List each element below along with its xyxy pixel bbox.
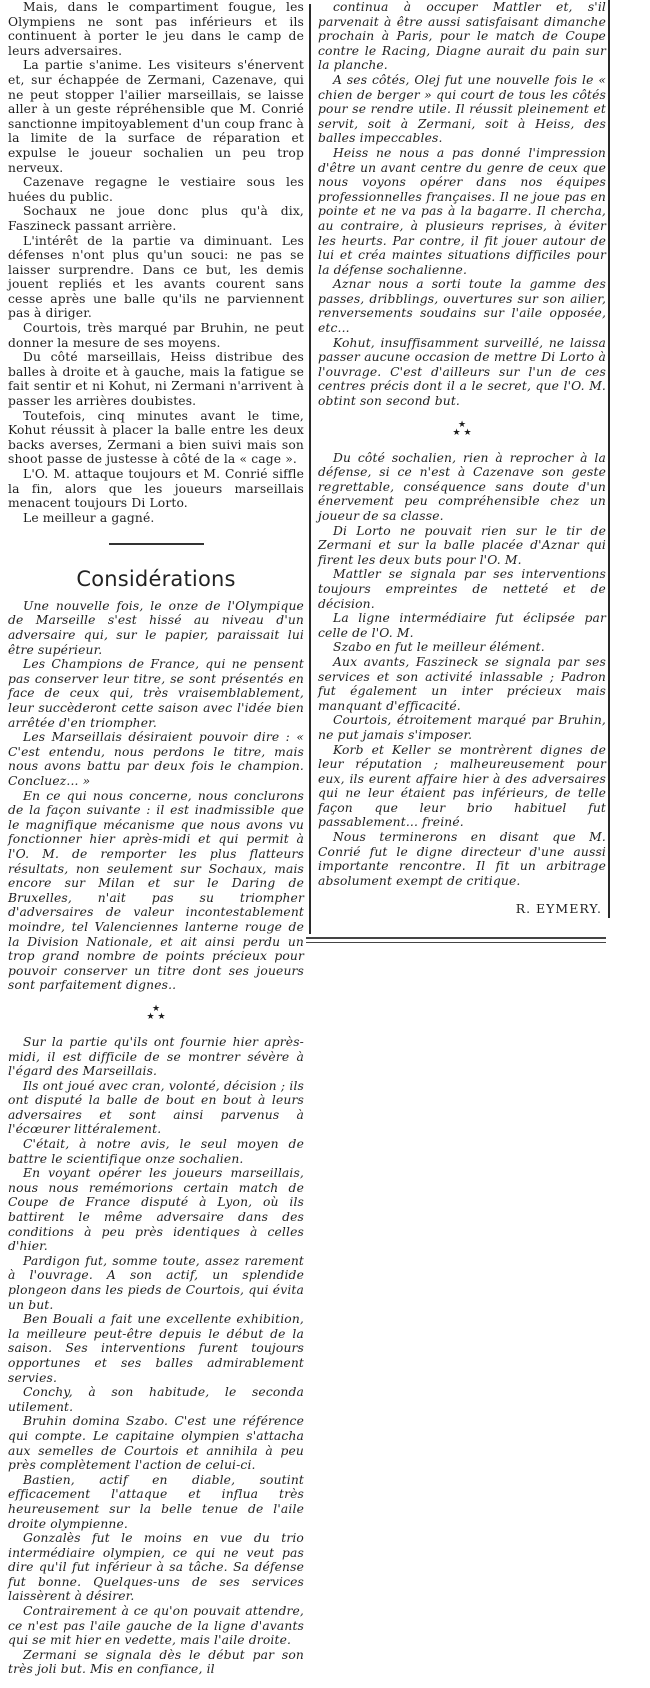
left-column: Mais, dans le compartiment fougue, les O… — [8, 0, 304, 1677]
paragraph: Mattler se signala par ses interventions… — [318, 567, 606, 611]
considerations-part2: Sur la partie qu'ils ont fournie hier ap… — [8, 1035, 304, 1677]
paragraph: Aznar nous a sorti toute la gamme des pa… — [318, 277, 606, 335]
paragraph: La partie s'anime. Les visiteurs s'énerv… — [8, 58, 304, 175]
paragraph: Toutefois, cinq minutes avant le time, K… — [8, 409, 304, 467]
paragraph: En ce qui nous concerne, nous conclurons… — [8, 789, 304, 993]
paragraph: Korb et Keller se montrèrent dignes de l… — [318, 743, 606, 831]
end-of-article-rule — [306, 937, 606, 943]
column-divider — [309, 4, 311, 934]
paragraph: Le meilleur a gagné. — [8, 511, 304, 526]
paragraph: Ben Bouali a fait une excellente exhibit… — [8, 1312, 304, 1385]
players-review-part2: Du côté sochalien, rien à reprocher à la… — [318, 451, 606, 889]
paragraph: Conchy, à son habitude, le seconda utile… — [8, 1385, 304, 1414]
author-signature: R. EYMERY. — [318, 902, 602, 917]
star-icon-pair: ★ ★ — [318, 429, 606, 437]
paragraph: Mais, dans le compartiment fougue, les O… — [8, 0, 304, 58]
paragraph: Di Lorto ne pouvait rien sur le tir de Z… — [318, 524, 606, 568]
match-report: Mais, dans le compartiment fougue, les O… — [8, 0, 304, 525]
paragraph: Les Marseillais désiraient pouvoir dire … — [8, 730, 304, 788]
paragraph: Nous terminerons en disant que M. Conrié… — [318, 830, 606, 888]
paragraph: Heiss ne nous a pas donné l'impression d… — [318, 146, 606, 277]
paragraph: Gonzalès fut le moins en vue du trio int… — [8, 1531, 304, 1604]
star-icon-pair: ★ ★ — [8, 1013, 304, 1021]
right-column: continua à occuper Mattler et, s'il parv… — [318, 0, 606, 946]
column-divider-right — [608, 0, 610, 918]
paragraph: Du côté sochalien, rien à reprocher à la… — [318, 451, 606, 524]
paragraph: La ligne intermédiaire fut éclipsée par … — [318, 611, 606, 640]
paragraph: Bastien, actif en diable, soutint effica… — [8, 1473, 304, 1531]
paragraph: Une nouvelle fois, le onze de l'Olympiqu… — [8, 599, 304, 657]
paragraph: Courtois, très marqué par Bruhin, ne peu… — [8, 321, 304, 350]
paragraph: Bruhin domina Szabo. C'est une référence… — [8, 1414, 304, 1472]
paragraph: Pardigon fut, somme toute, assez raremen… — [8, 1254, 304, 1312]
paragraph: Les Champions de France, qui ne pensent … — [8, 657, 304, 730]
section-divider — [109, 543, 204, 545]
paragraph: Courtois, étroitement marqué par Bruhin,… — [318, 713, 606, 742]
paragraph: Sur la partie qu'ils ont fournie hier ap… — [8, 1035, 304, 1079]
paragraph: Contrairement à ce qu'on pouvait attendr… — [8, 1604, 304, 1648]
paragraph: L'intérêt de la partie va diminuant. Les… — [8, 234, 304, 322]
paragraph: Kohut, insuffisamment surveillé, ne lais… — [318, 336, 606, 409]
paragraph: Szabo en fut le meilleur élément. — [318, 640, 606, 655]
section-heading: Considérations — [8, 567, 304, 591]
paragraph: Zermani se signala dès le début par son … — [8, 1648, 304, 1677]
paragraph: Du côté marseillais, Heiss distribue des… — [8, 350, 304, 408]
paragraph: L'O. M. attaque toujours et M. Conrié si… — [8, 467, 304, 511]
paragraph: continua à occuper Mattler et, s'il parv… — [318, 0, 606, 73]
paragraph: Ils ont joué avec cran, volonté, décisio… — [8, 1079, 304, 1137]
paragraph: Cazenave regagne le vestiaire sous les h… — [8, 175, 304, 204]
paragraph: C'était, à notre avis, le seul moyen de … — [8, 1137, 304, 1166]
asterism-separator: ★ ★ ★ — [8, 1005, 304, 1021]
players-review-part1: continua à occuper Mattler et, s'il parv… — [318, 0, 606, 409]
asterism-separator-right: ★ ★ ★ — [318, 421, 606, 437]
paragraph: En voyant opérer les joueurs marseillais… — [8, 1166, 304, 1254]
considerations-part1: Une nouvelle fois, le onze de l'Olympiqu… — [8, 599, 304, 993]
paragraph: A ses côtés, Olej fut une nouvelle fois … — [318, 73, 606, 146]
paragraph: Aux avants, Faszineck se signala par ses… — [318, 655, 606, 713]
paragraph: Sochaux ne joue donc plus qu'à dix, Fasz… — [8, 204, 304, 233]
